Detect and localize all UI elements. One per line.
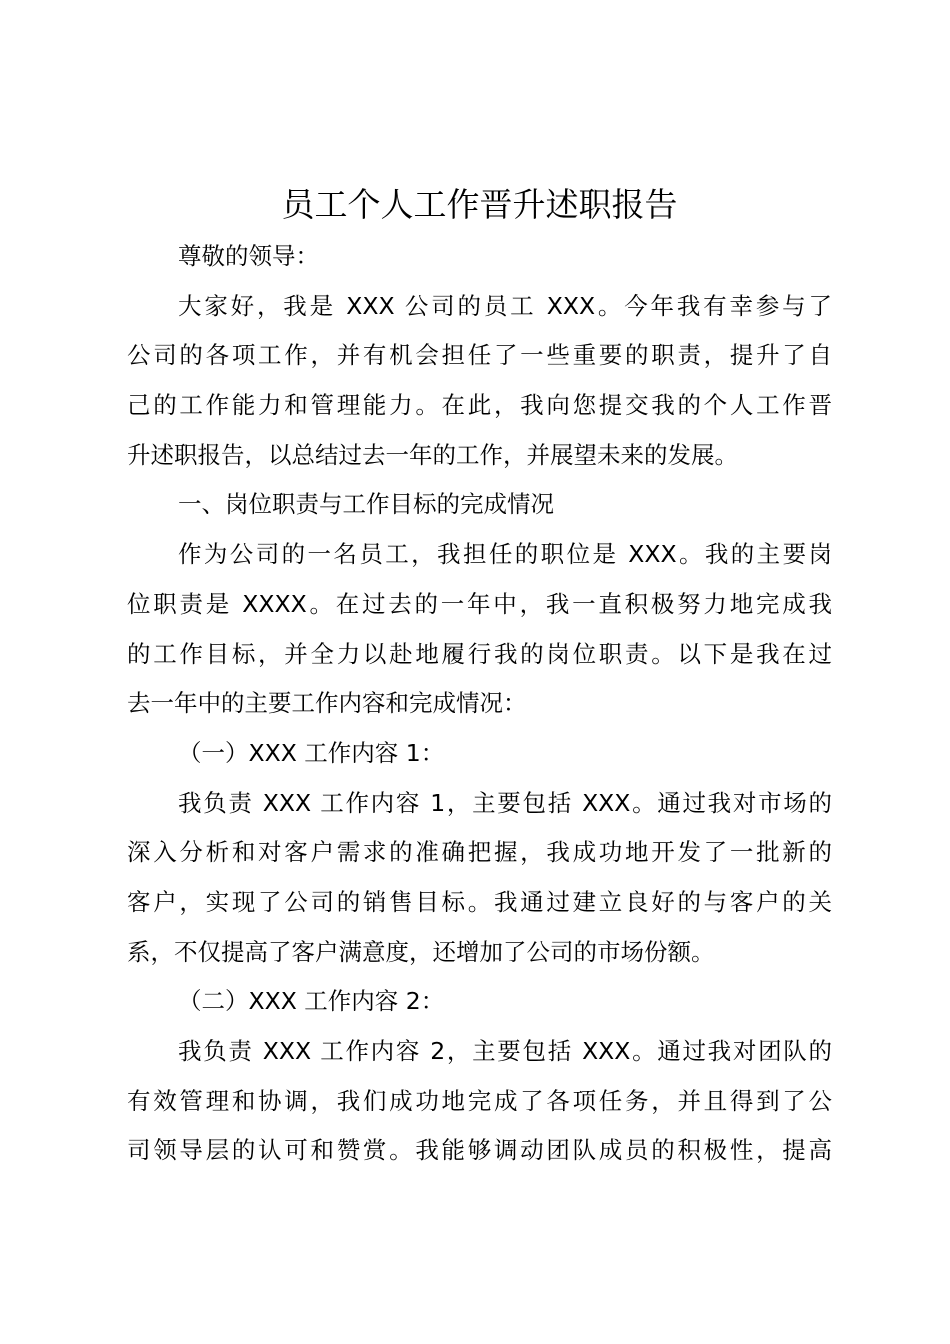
paragraph-line: 有效管理和协调，我们成功地完成了各项任务，并且得到了公 (127, 1077, 832, 1127)
paragraph-line: 深入分析和对客户需求的准确把握，我成功地开发了一批新的 (127, 828, 832, 878)
paragraph-line: 的工作目标，并全力以赴地履行我的岗位职责。以下是我在过 (127, 630, 832, 680)
paragraph-work-content-2: 我负责 XXX 工作内容 2，主要包括 XXX。通过我对团队的 有效管理和协调，… (127, 1027, 832, 1176)
paragraph-line: 公司的各项工作，并有机会担任了一些重要的职责，提升了自 (127, 331, 832, 381)
paragraph-intro: 大家好，我是 XXX 公司的员工 XXX。今年我有幸参与了 公司的各项工作，并有… (127, 282, 832, 481)
salutation: 尊敬的领导： (127, 232, 832, 282)
paragraph-work-content-1: 我负责 XXX 工作内容 1，主要包括 XXX。通过我对市场的 深入分析和对客户… (127, 779, 832, 978)
paragraph-line: 我负责 XXX 工作内容 1，主要包括 XXX。通过我对市场的 (127, 779, 832, 829)
paragraph-line: 升述职报告，以总结过去一年的工作，并展望未来的发展。 (127, 431, 832, 481)
document-page: 员工个人工作晋升述职报告 尊敬的领导： 大家好，我是 XXX 公司的员工 XXX… (127, 178, 832, 1176)
subsection-heading-2: （二）XXX 工作内容 2： (127, 977, 832, 1027)
paragraph-line: 我负责 XXX 工作内容 2，主要包括 XXX。通过我对团队的 (127, 1027, 832, 1077)
paragraph-duties: 作为公司的一名员工，我担任的职位是 XXX。我的主要岗 位职责是 XXXX。在过… (127, 530, 832, 729)
paragraph-line: 系，不仅提高了客户满意度，还增加了公司的市场份额。 (127, 928, 832, 978)
paragraph-line: 大家好，我是 XXX 公司的员工 XXX。今年我有幸参与了 (127, 282, 832, 332)
paragraph-line: 己的工作能力和管理能力。在此，我向您提交我的个人工作晋 (127, 381, 832, 431)
paragraph-line: 客户，实现了公司的销售目标。我通过建立良好的与客户的关 (127, 878, 832, 928)
document-title: 员工个人工作晋升述职报告 (127, 178, 832, 232)
paragraph-line: 司领导层的认可和赞赏。我能够调动团队成员的积极性，提高 (127, 1126, 832, 1176)
subsection-heading-1: （一）XXX 工作内容 1： (127, 729, 832, 779)
paragraph-line: 作为公司的一名员工，我担任的职位是 XXX。我的主要岗 (127, 530, 832, 580)
paragraph-line: 去一年中的主要工作内容和完成情况： (127, 679, 832, 729)
paragraph-line: 位职责是 XXXX。在过去的一年中，我一直积极努力地完成我 (127, 580, 832, 630)
section-heading-1: 一、岗位职责与工作目标的完成情况 (127, 480, 832, 530)
